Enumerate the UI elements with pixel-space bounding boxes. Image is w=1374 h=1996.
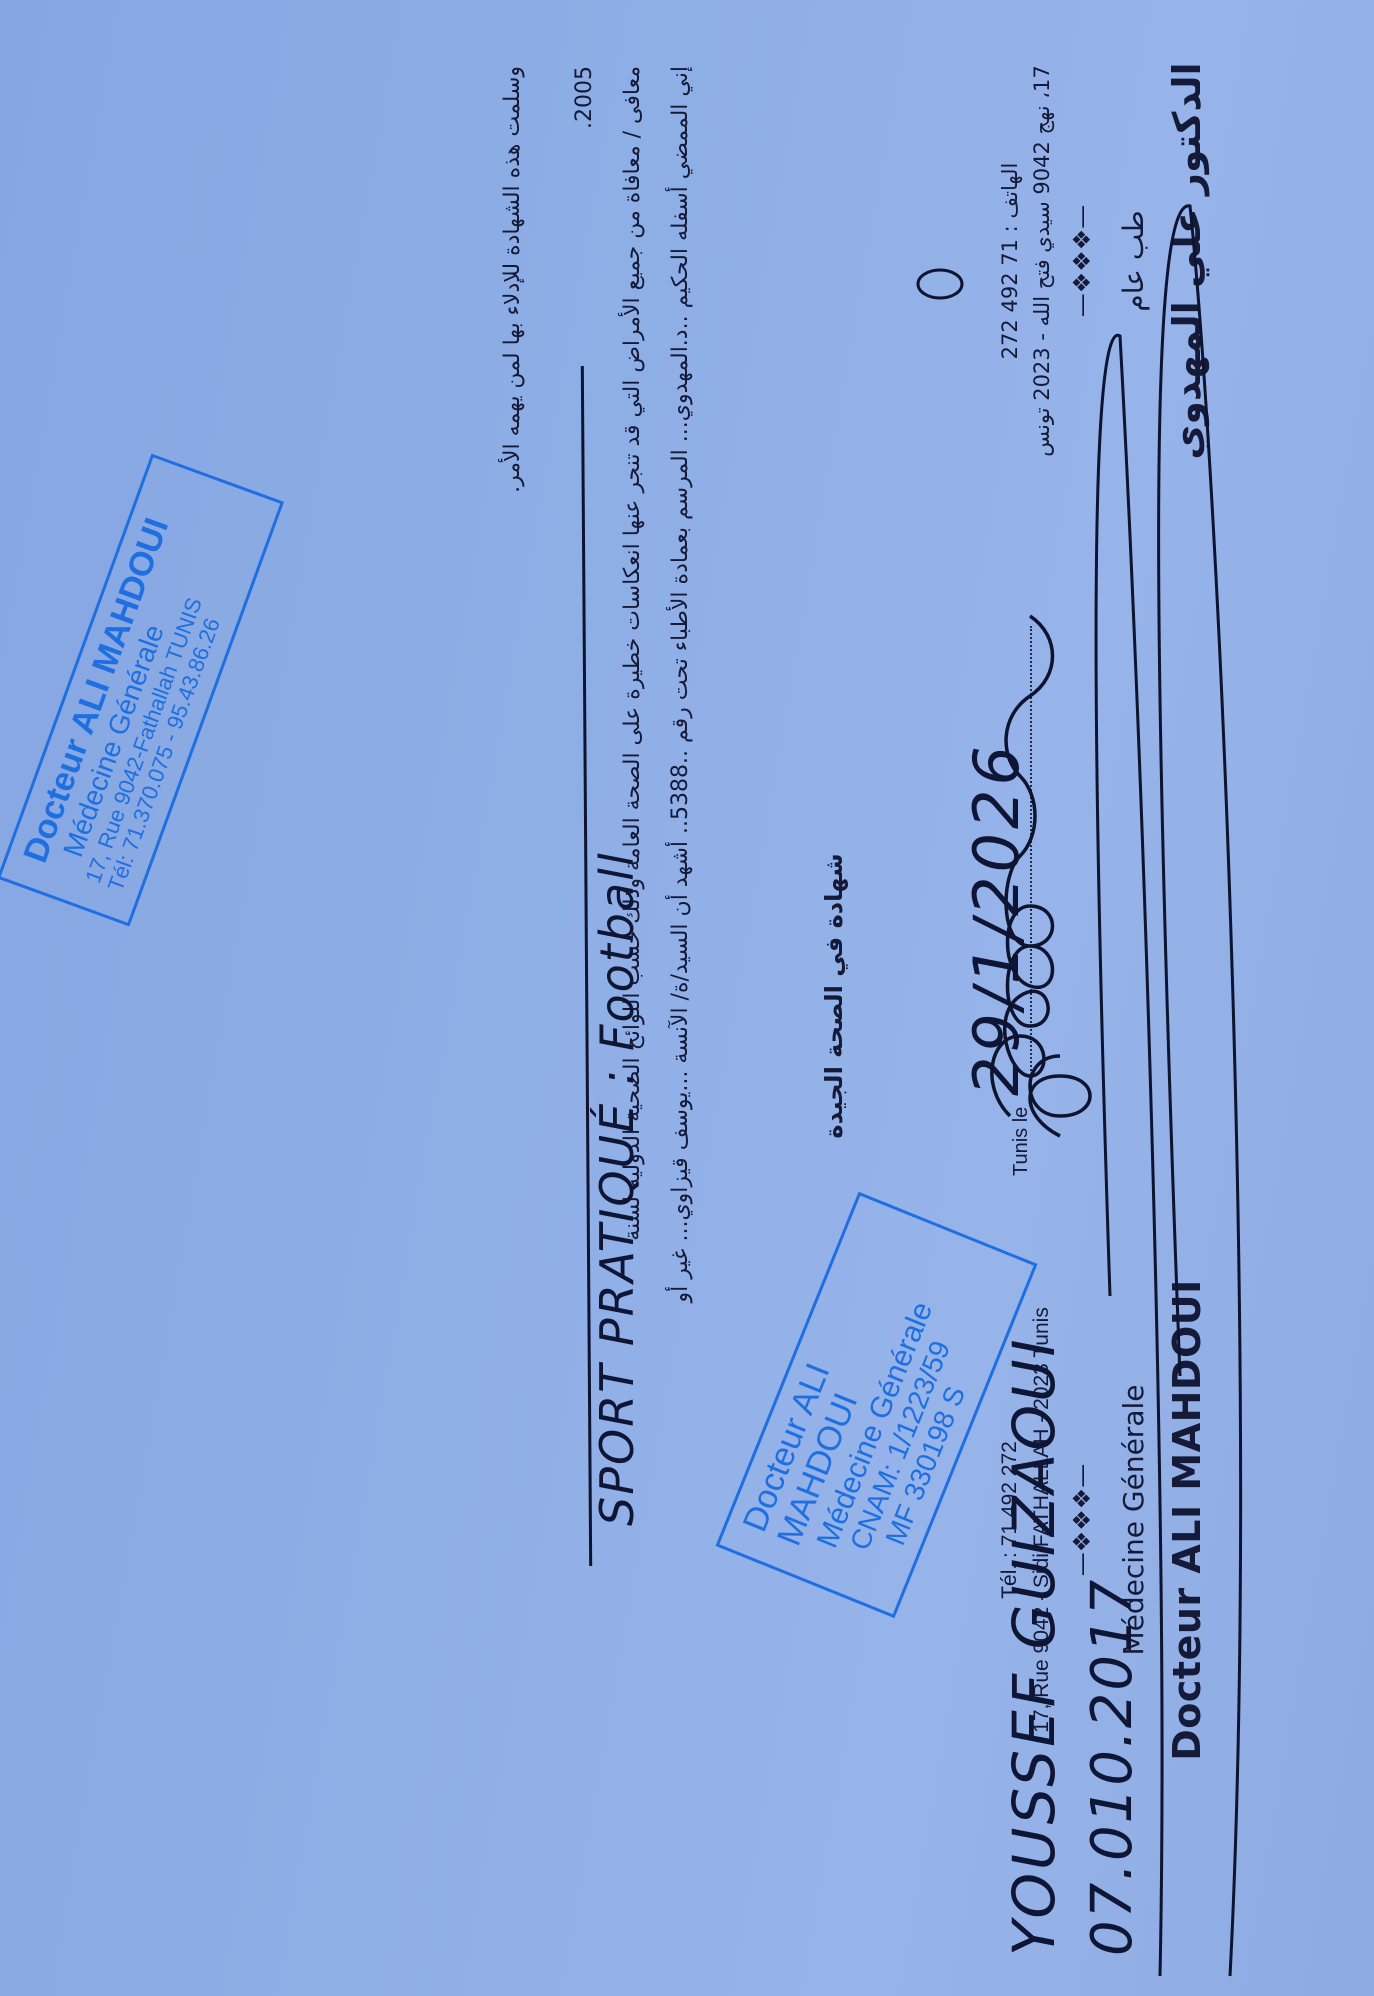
- date-label: Tunis le: [1010, 1107, 1033, 1176]
- doctor-stamp-address: Docteur ALI MAHDOUI Médecine Générale 17…: [0, 454, 284, 927]
- document-photo: Docteur ALI MAHDOUI Médecine Générale —❖…: [0, 0, 1374, 1996]
- certificate-line-4: وسلمت هذه الشهادة للإدلاء بها لمن يهمه ا…: [500, 66, 525, 1936]
- certificate-title: شهادة في الصحة الجيدة: [820, 816, 848, 1176]
- letterhead-specialty-ar: طب عام: [1117, 26, 1150, 496]
- medical-certificate: Docteur ALI MAHDOUI Médecine Générale —❖…: [0, 0, 1374, 1996]
- handwritten-sport: SPORT PRATIQUÉ : Football: [590, 851, 644, 1526]
- handwritten-student-dob: 07.010.2017: [1080, 1578, 1145, 1956]
- ornament-divider-icon: —❖❖❖—: [1068, 26, 1096, 496]
- certificate-line-1: إني الممضي أسفله الحكيم ..د.المهدوي... ا…: [668, 66, 693, 1936]
- handwritten-date: 29/1/2026: [960, 742, 1033, 1096]
- handwritten-student-name: YOUSSEF GUIZAOUI: [1000, 1336, 1068, 1956]
- letterhead-doctor-name-ar: الدكتور علي المهدوي: [1165, 26, 1209, 496]
- letterhead-doctor-name-fr: Docteur ALI MAHDOUI: [1165, 1170, 1209, 1870]
- letterhead-phone-ar: الهاتف : 71 492 272: [998, 26, 1022, 496]
- doctor-stamp-cnam: Docteur ALI MAHDOUI Médecine Générale CN…: [715, 1192, 1037, 1619]
- letterhead-address-ar: 17، نهج 9042 سيدي فتح الله - 2023 تونس: [1030, 26, 1054, 496]
